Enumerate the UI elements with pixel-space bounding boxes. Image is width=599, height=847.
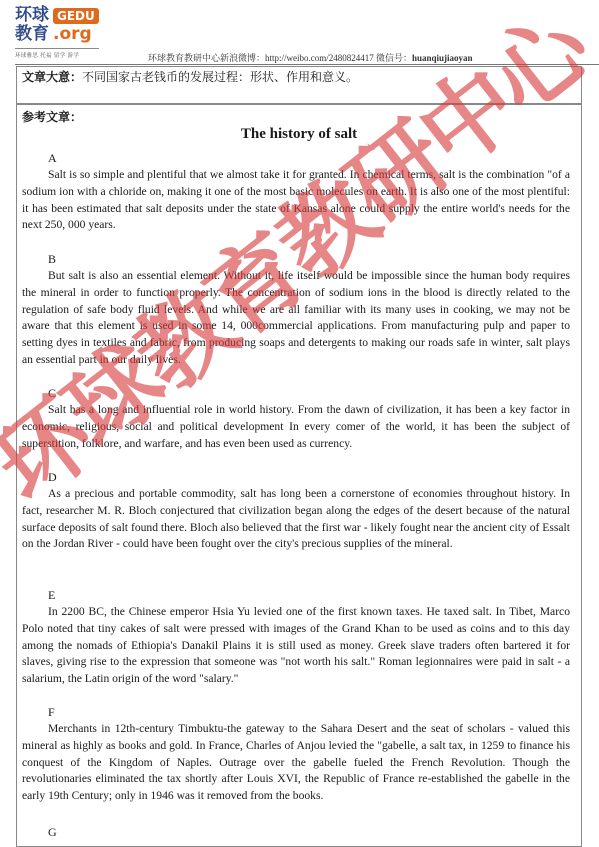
section-f: F Merchants in 12th-century Timbuktu-the… [22,704,570,805]
logo-gedu-badge: GEDU [53,8,99,24]
gedu-logo: 环球教育 GEDU .org 环球雅思 托福 留学 游学 [15,6,105,56]
summary-text: 不同国家古老钱币的发展过程：形状、作用和意义。 [82,70,358,84]
section-letter: G [22,824,570,841]
logo-chinese-text: 环球教育 [15,6,53,44]
section-g: G [22,824,570,841]
section-body: Salt has a long and influential role in … [22,402,570,452]
section-letter: C [22,385,570,402]
section-letter: D [22,469,570,486]
page-header: 环球教育 GEDU .org 环球雅思 托福 留学 游学 环球教育教研中心新浪微… [0,0,599,66]
section-a: A Salt is so simple and plentiful that w… [22,150,570,234]
summary-text-line: 文章大意：不同国家古老钱币的发展过程：形状、作用和意义。 [22,68,358,85]
section-c: C Salt has a long and influential role i… [22,385,570,452]
section-letter: E [22,587,570,604]
section-body: But salt is also an essential element. W… [22,268,570,369]
wechat-id: huanqiujiaoyan [412,53,473,63]
article-box: 参考文章： The history of salt A Salt is so s… [16,104,582,847]
section-b: B But salt is also an essential element.… [22,251,570,369]
wechat-label: 微信号： [376,53,412,63]
section-body: As a precious and portable commodity, sa… [22,486,570,553]
reference-label: 参考文章： [22,108,82,125]
logo-org-suffix: .org [53,25,92,44]
section-letter: F [22,704,570,721]
summary-label: 文章大意： [22,70,82,84]
section-letter: A [22,150,570,167]
section-e: E In 2200 BC, the Chinese emperor Hsia Y… [22,587,570,688]
contact-line: 环球教育教研中心新浪微博：http://weibo.com/2480824417… [148,51,473,64]
section-body: Merchants in 12th-century Timbuktu-the g… [22,721,570,805]
section-letter: B [22,251,570,268]
section-body: Salt is so simple and plentiful that we … [22,167,570,234]
article-title: The history of salt [17,126,581,143]
header-divider [15,64,599,65]
section-body: In 2200 BC, the Chinese emperor Hsia Yu … [22,604,570,688]
section-d: D As a precious and portable commodity, … [22,469,570,553]
logo-tagline: 环球雅思 托福 留学 游学 [15,51,79,59]
logo-divider [15,48,99,49]
summary-box: 文章大意：不同国家古老钱币的发展过程：形状、作用和意义。 [16,66,582,104]
weibo-label: 环球教育教研中心新浪微博：http://weibo.com/2480824417 [148,53,374,63]
